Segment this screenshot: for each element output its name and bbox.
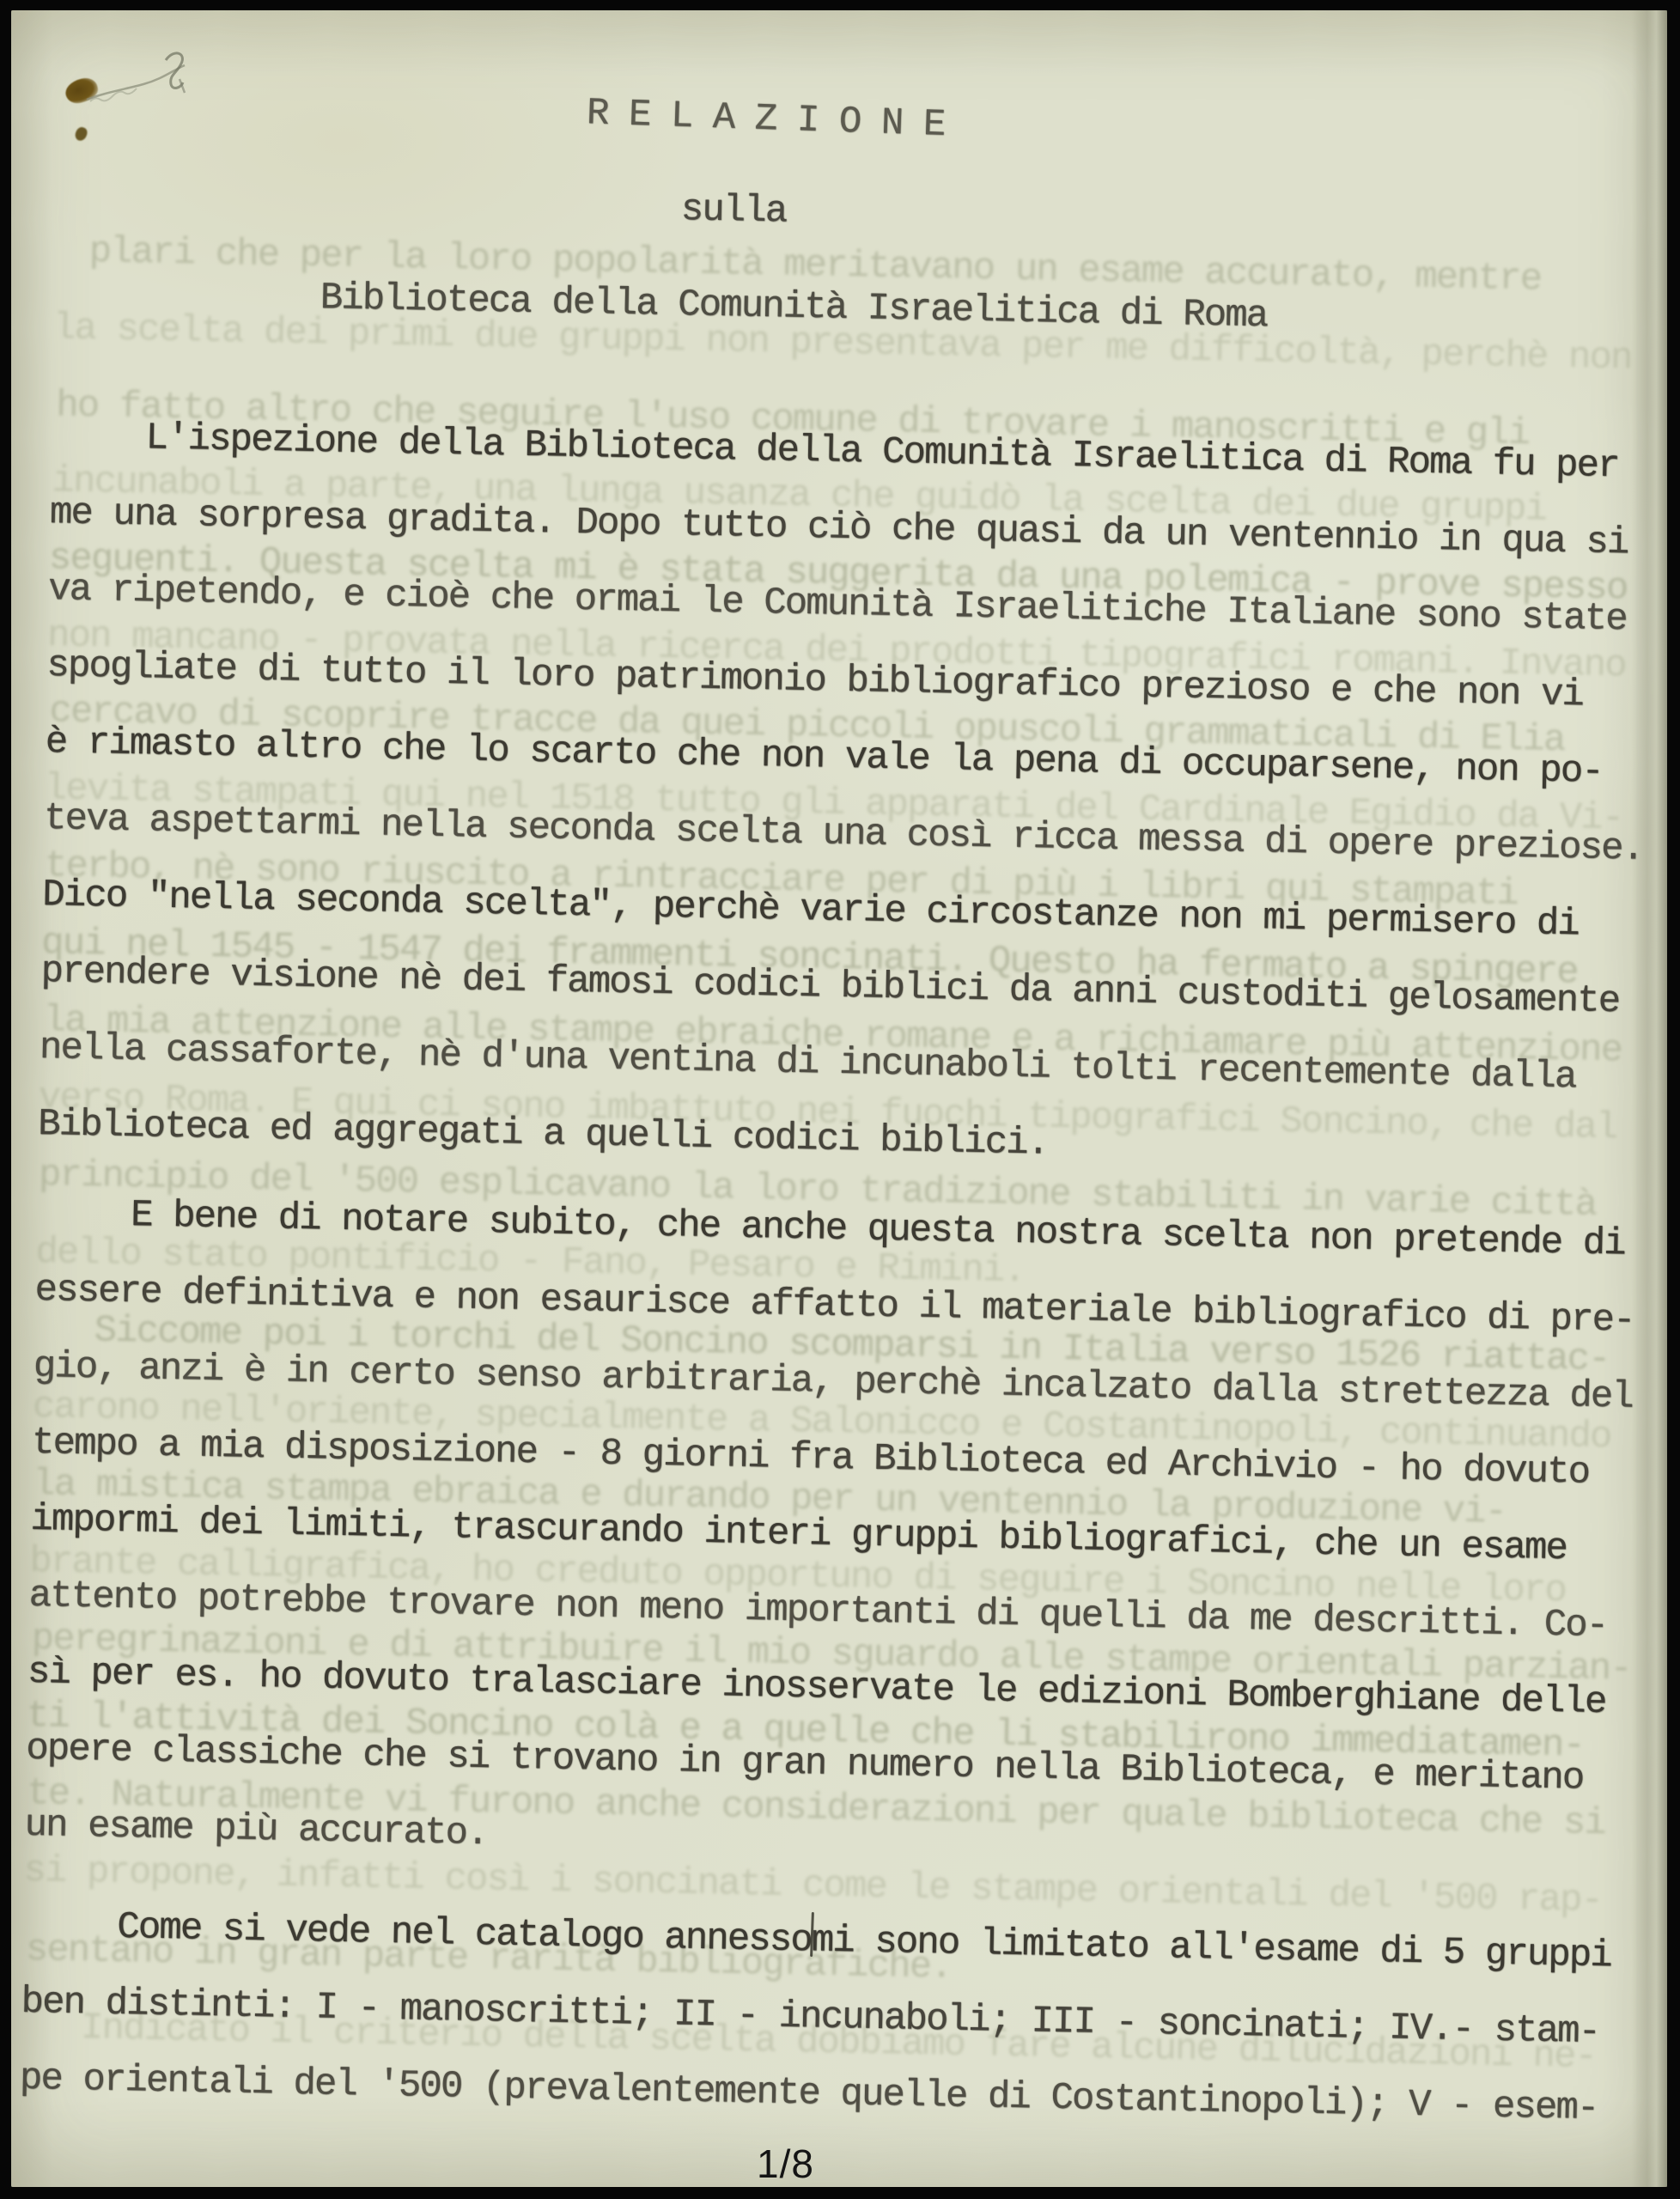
document-body: L'ispezione della Biblioteca della Comun… — [19, 399, 1654, 2147]
paragraph: E bene di notare subito, che anche quest… — [24, 1176, 1640, 1895]
paragraph: L'ispezione della Biblioteca della Comun… — [37, 399, 1654, 1194]
page-indicator: 1/8 — [757, 2141, 814, 2187]
pencil-scribble — [83, 45, 195, 119]
document-subtitle-sulla: sulla — [680, 191, 786, 230]
document-page: plari che per la loro popolarità meritav… — [11, 10, 1667, 2187]
typed-text-layer: plari che per la loro popolarità meritav… — [9, 62, 1665, 2197]
paragraph: Come si vede nel catalogo annessomi sono… — [19, 1888, 1626, 2148]
